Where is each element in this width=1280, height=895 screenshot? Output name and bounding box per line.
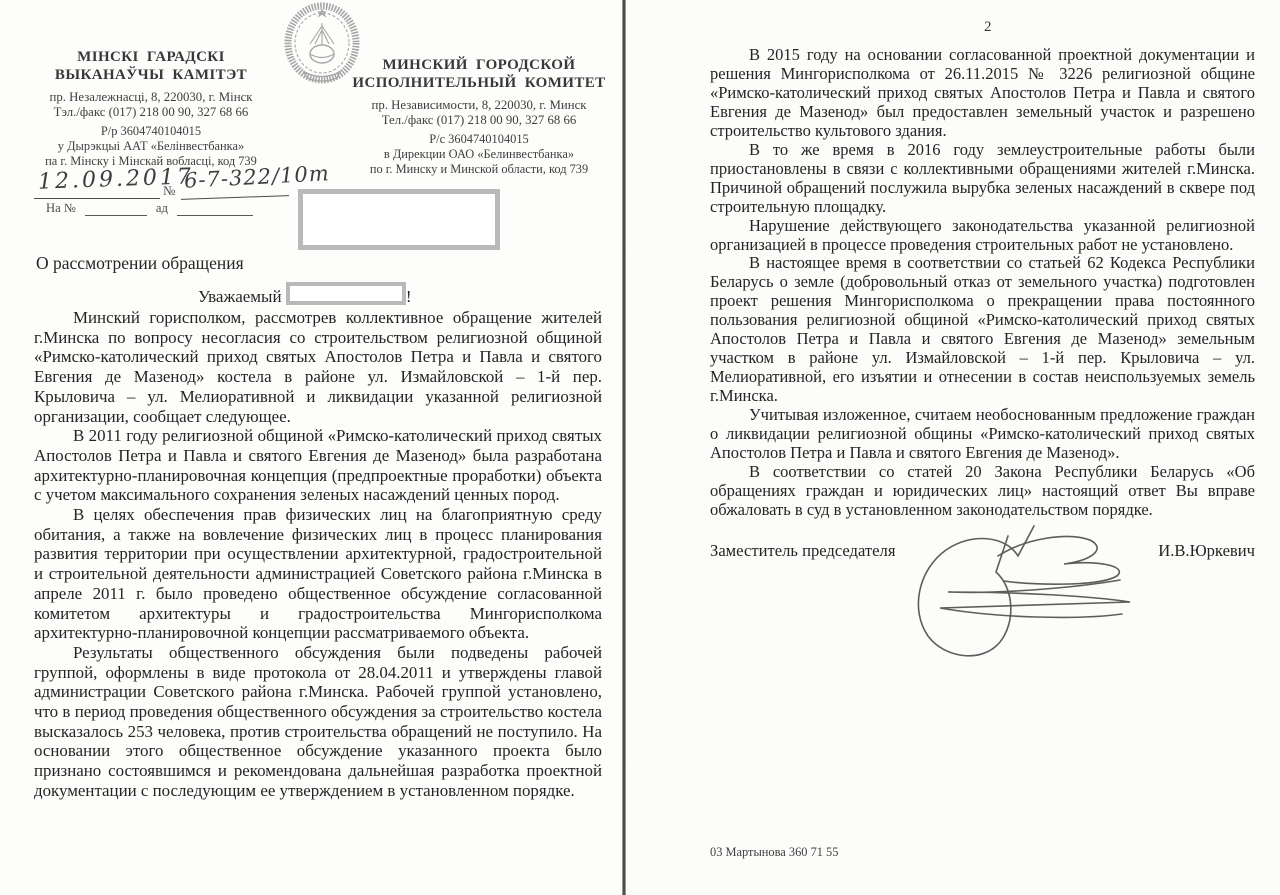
salutation-suffix: ! (406, 287, 412, 306)
page-number: 2 (984, 19, 992, 36)
addressee-redaction-box (298, 189, 500, 250)
body-paragraph: В то же время в 2016 году землеустроител… (710, 141, 1255, 217)
letterhead-right-title: МИНСКИЙ ГОРОДСКОЙ ИСПОЛНИТЕЛЬНЫЙ КОМИТЕТ (346, 56, 612, 92)
page-1: МІНСКІ ГАРАДСКІ ВЫКАНАЎЧЫ КАМІТЭТ пр. Не… (0, 0, 622, 895)
page-2: 2 В 2015 году на основании согласованной… (626, 0, 1280, 895)
signature-title: Заместитель председателя (710, 542, 895, 561)
body-paragraph: Результаты общественного обсуждения были… (34, 643, 602, 801)
letterhead-right-address-line1: пр. Независимости, 8, 220030, г. Минск (346, 98, 612, 113)
letterhead-left-title-line1: МІНСКІ ГАРАДСКІ (12, 48, 290, 66)
letterhead-left-account-line2: у Дырэкцыі ААТ «Белінвестбанка» (12, 139, 290, 154)
body-paragraph: Минский горисполком, рассмотрев коллекти… (34, 308, 602, 426)
letterhead-left-title-line2: ВЫКАНАЎЧЫ КАМІТЭТ (12, 66, 290, 84)
name-redaction-box (286, 282, 406, 305)
letterhead-right-title-line1: МИНСКИЙ ГОРОДСКОЙ (346, 56, 612, 74)
letterhead-left-address-line1: пр. Незалежнасці, 8, 220030, г. Мінск (12, 90, 290, 105)
reply-ref-ad-label: ад (156, 201, 168, 216)
letterhead-right-address: пр. Независимости, 8, 220030, г. Минск Т… (346, 98, 612, 127)
body-paragraph: В целях обеспечения прав физических лиц … (34, 505, 602, 643)
letterhead-right-account-line2: в Дирекции ОАО «Белинвестбанка» (346, 147, 612, 162)
letterhead-left-title: МІНСКІ ГАРАДСКІ ВЫКАНАЎЧЫ КАМІТЭТ (12, 48, 290, 84)
letterhead-right-address-line2: Тел./факс (017) 218 00 90, 327 68 66 (346, 113, 612, 128)
reply-ref-number-blank (85, 203, 147, 216)
letterhead-left-account-line1: Р/р 3604740104015 (12, 124, 290, 139)
subject-line: О рассмотрении обращения (36, 253, 244, 274)
letterhead-left: МІНСКІ ГАРАДСКІ ВЫКАНАЎЧЫ КАМІТЭТ пр. Не… (12, 48, 290, 169)
body-paragraph: В настоящее время в соответствии со стат… (710, 254, 1255, 406)
page-1-body: Минский горисполком, рассмотрев коллекти… (34, 308, 602, 801)
salutation: Уважаемый ! (198, 282, 412, 307)
ref-date-underline (34, 198, 160, 199)
letterhead-left-address-line2: Тэл./факс (017) 218 00 90, 327 68 66 (12, 105, 290, 120)
body-paragraph: В 2015 году на основании согласованной п… (710, 46, 1255, 141)
signature-scribble-icon (888, 518, 1138, 673)
ref-number-label: № (163, 183, 175, 199)
letterhead-left-address: пр. Незалежнасці, 8, 220030, г. Мінск Тэ… (12, 90, 290, 119)
signature-name: И.В.Юркевич (1158, 542, 1255, 561)
reply-ref-line: На № ад (46, 201, 253, 216)
ref-number-underline (181, 195, 289, 200)
body-paragraph: Нарушение действующего законодательства … (710, 217, 1255, 255)
salutation-prefix: Уважаемый (198, 287, 282, 306)
letterhead-left-account: Р/р 3604740104015 у Дырэкцыі ААТ «Белінв… (12, 124, 290, 168)
reply-ref-na-label: На № (46, 201, 76, 216)
letterhead-right-account: Р/с 3604740104015 в Дирекции ОАО «Белинв… (346, 132, 612, 176)
letterhead-right-title-line2: ИСПОЛНИТЕЛЬНЫЙ КОМИТЕТ (346, 74, 612, 92)
document-scan: МІНСКІ ГАРАДСКІ ВЫКАНАЎЧЫ КАМІТЭТ пр. Не… (0, 0, 1280, 895)
letterhead-right-account-line1: Р/с 3604740104015 (346, 132, 612, 147)
body-paragraph: В соответствии со статей 20 Закона Респу… (710, 463, 1255, 520)
body-paragraph: Учитывая изложенное, считаем необоснован… (710, 406, 1255, 463)
reply-ref-date-blank (177, 203, 253, 216)
letterhead-right-account-line3: по г. Минску и Минской области, код 739 (346, 162, 612, 177)
contact-footer: 03 Мартынова 360 71 55 (710, 845, 838, 860)
letterhead-right: МИНСКИЙ ГОРОДСКОЙ ИСПОЛНИТЕЛЬНЫЙ КОМИТЕТ… (346, 56, 612, 177)
page-2-body: В 2015 году на основании согласованной п… (710, 46, 1255, 561)
body-paragraph: В 2011 году религиозной общиной «Римско-… (34, 426, 602, 505)
